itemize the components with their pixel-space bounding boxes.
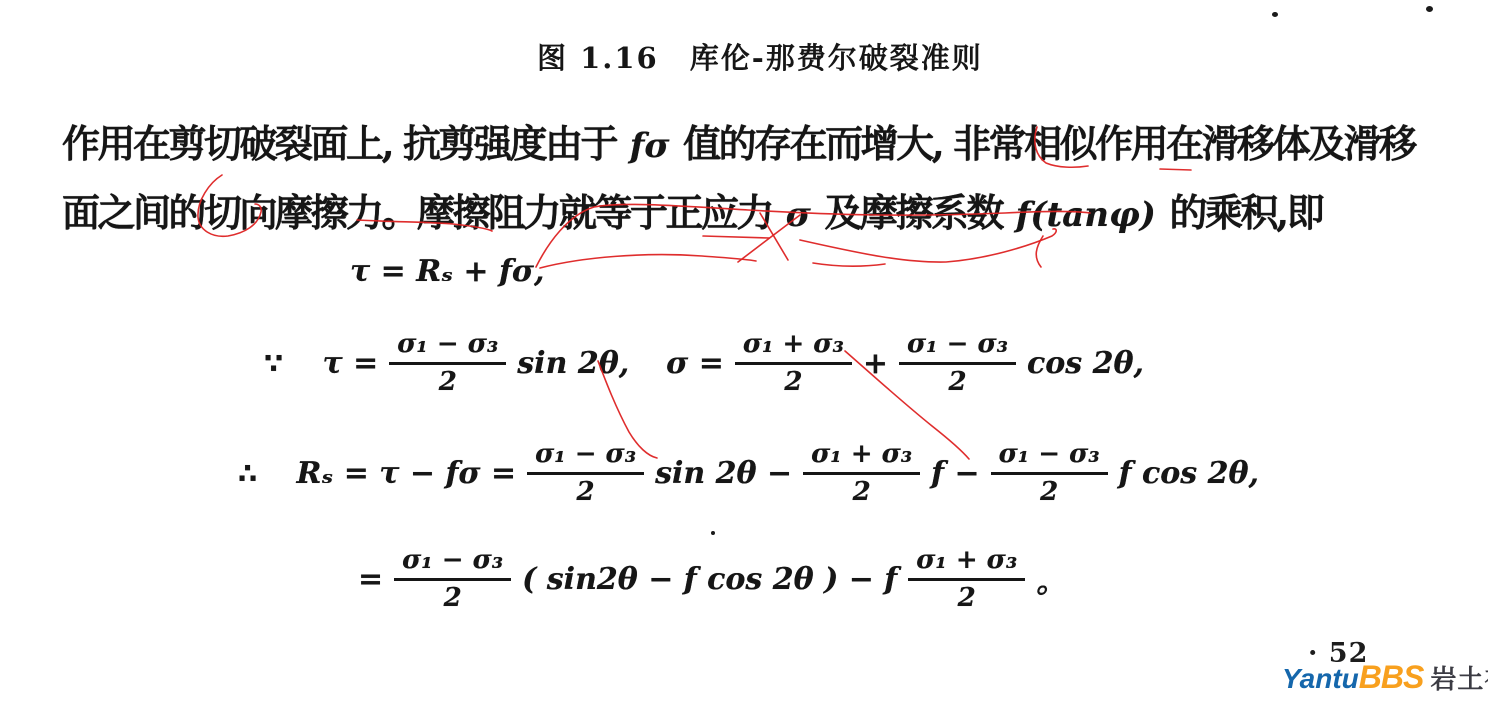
because-symbol: ∵ xyxy=(264,347,285,380)
watermark-logo: YantuBBS岩土在线 xyxy=(1282,659,1488,696)
equation-text: σ = xyxy=(666,346,724,381)
denominator: 2 xyxy=(853,475,871,506)
denominator: 2 xyxy=(577,475,595,506)
fraction: σ₁ − σ₃ 2 xyxy=(389,330,506,396)
equation-text: Rₛ = τ − fσ = xyxy=(296,456,516,491)
fraction: σ₁ + σ₃ 2 xyxy=(735,330,852,396)
paragraph-text: 面之间的切向摩擦力。摩擦阻力就等于正应力 xyxy=(62,190,783,235)
figure-caption: 图 1.16 库伦-那费尔破裂准则 xyxy=(537,36,983,77)
scan-speck xyxy=(711,531,715,535)
numerator: σ₁ − σ₃ xyxy=(527,440,644,475)
red-pen-stroke-tick-ftan xyxy=(1036,236,1043,267)
paragraph-text: 值的存在而增大, 非常相似作用在滑移体及滑移 xyxy=(672,121,1414,166)
watermark-cn: 岩土在线 xyxy=(1430,664,1488,694)
fraction: σ₁ − σ₃ 2 xyxy=(394,546,511,612)
paragraph-text: 作用在剪切破裂面上, 抗剪强度由于 xyxy=(62,121,627,166)
watermark-bbs: BBS xyxy=(1359,659,1424,695)
denominator: 2 xyxy=(784,365,802,396)
numerator: σ₁ + σ₃ xyxy=(803,440,920,475)
scanned-page: 图 1.16 库伦-那费尔破裂准则 作用在剪切破裂面上, 抗剪强度由于 fσ 值… xyxy=(0,0,1488,718)
paragraph-line-1: 作用在剪切破裂面上, 抗剪强度由于 fσ 值的存在而增大, 非常相似作用在滑移体… xyxy=(62,118,1415,170)
scan-speck xyxy=(1272,12,1278,17)
equation-text: τ = Rₛ + fσ, xyxy=(350,254,544,289)
numerator: σ₁ − σ₃ xyxy=(394,546,511,581)
equation-1: τ = Rₛ + fσ, xyxy=(350,254,544,289)
paragraph-text: 及摩擦系数 xyxy=(814,190,1013,235)
equation-text: sin 2θ − xyxy=(655,456,792,491)
equation-text: f cos 2θ, xyxy=(1119,456,1259,491)
numerator: σ₁ − σ₃ xyxy=(389,330,506,365)
red-pen-strokes xyxy=(198,127,1191,459)
denominator: 2 xyxy=(948,365,966,396)
watermark-yantu: Yantu xyxy=(1282,663,1359,694)
denominator: 2 xyxy=(958,581,976,612)
equation-3: ∴ Rₛ = τ − fσ = σ₁ − σ₃ 2 sin 2θ − σ₁ + … xyxy=(238,428,1259,518)
fraction: σ₁ − σ₃ 2 xyxy=(527,440,644,506)
equation-text: f − xyxy=(931,456,980,491)
numerator: σ₁ − σ₃ xyxy=(991,440,1108,475)
scan-speck xyxy=(1426,6,1433,12)
equation-4: = σ₁ − σ₃ 2 ( sin2θ − f cos 2θ ) − f σ₁ … xyxy=(358,534,1066,624)
fraction: σ₁ − σ₃ 2 xyxy=(899,330,1016,396)
denominator: 2 xyxy=(444,581,462,612)
fraction: σ₁ − σ₃ 2 xyxy=(991,440,1108,506)
numerator: σ₁ + σ₃ xyxy=(908,546,1025,581)
inline-math-f-tan-phi: f(tanφ) xyxy=(1013,195,1159,235)
equation-text: + xyxy=(863,346,888,381)
equation-text: ( sin2θ − f cos 2θ ) − f xyxy=(522,562,897,597)
denominator: 2 xyxy=(439,365,457,396)
red-pen-stroke-line-fsigma2 xyxy=(540,255,756,268)
fraction: σ₁ + σ₃ 2 xyxy=(803,440,920,506)
inline-math-sigma: σ xyxy=(783,195,814,235)
red-pen-stroke-short-lower xyxy=(813,263,885,266)
denominator: 2 xyxy=(1040,475,1058,506)
equation-text: = xyxy=(358,562,383,597)
paragraph-line-2: 面之间的切向摩擦力。摩擦阻力就等于正应力 σ 及摩擦系数 f(tanφ) 的乘积… xyxy=(62,187,1322,239)
equation-text: 。 xyxy=(1036,557,1066,601)
therefore-symbol: ∴ xyxy=(238,457,259,490)
equation-text: sin 2θ, xyxy=(517,346,629,381)
equation-text: τ = xyxy=(322,346,378,381)
inline-math-f-sigma: fσ xyxy=(627,126,673,166)
equation-text: cos 2θ, xyxy=(1027,346,1144,381)
paragraph-text: 的乘积,即 xyxy=(1159,190,1322,235)
numerator: σ₁ − σ₃ xyxy=(899,330,1016,365)
equation-2: ∵ τ = σ₁ − σ₃ 2 sin 2θ, σ = σ₁ + σ₃ 2 + … xyxy=(264,318,1144,408)
fraction: σ₁ + σ₃ 2 xyxy=(908,546,1025,612)
numerator: σ₁ + σ₃ xyxy=(735,330,852,365)
